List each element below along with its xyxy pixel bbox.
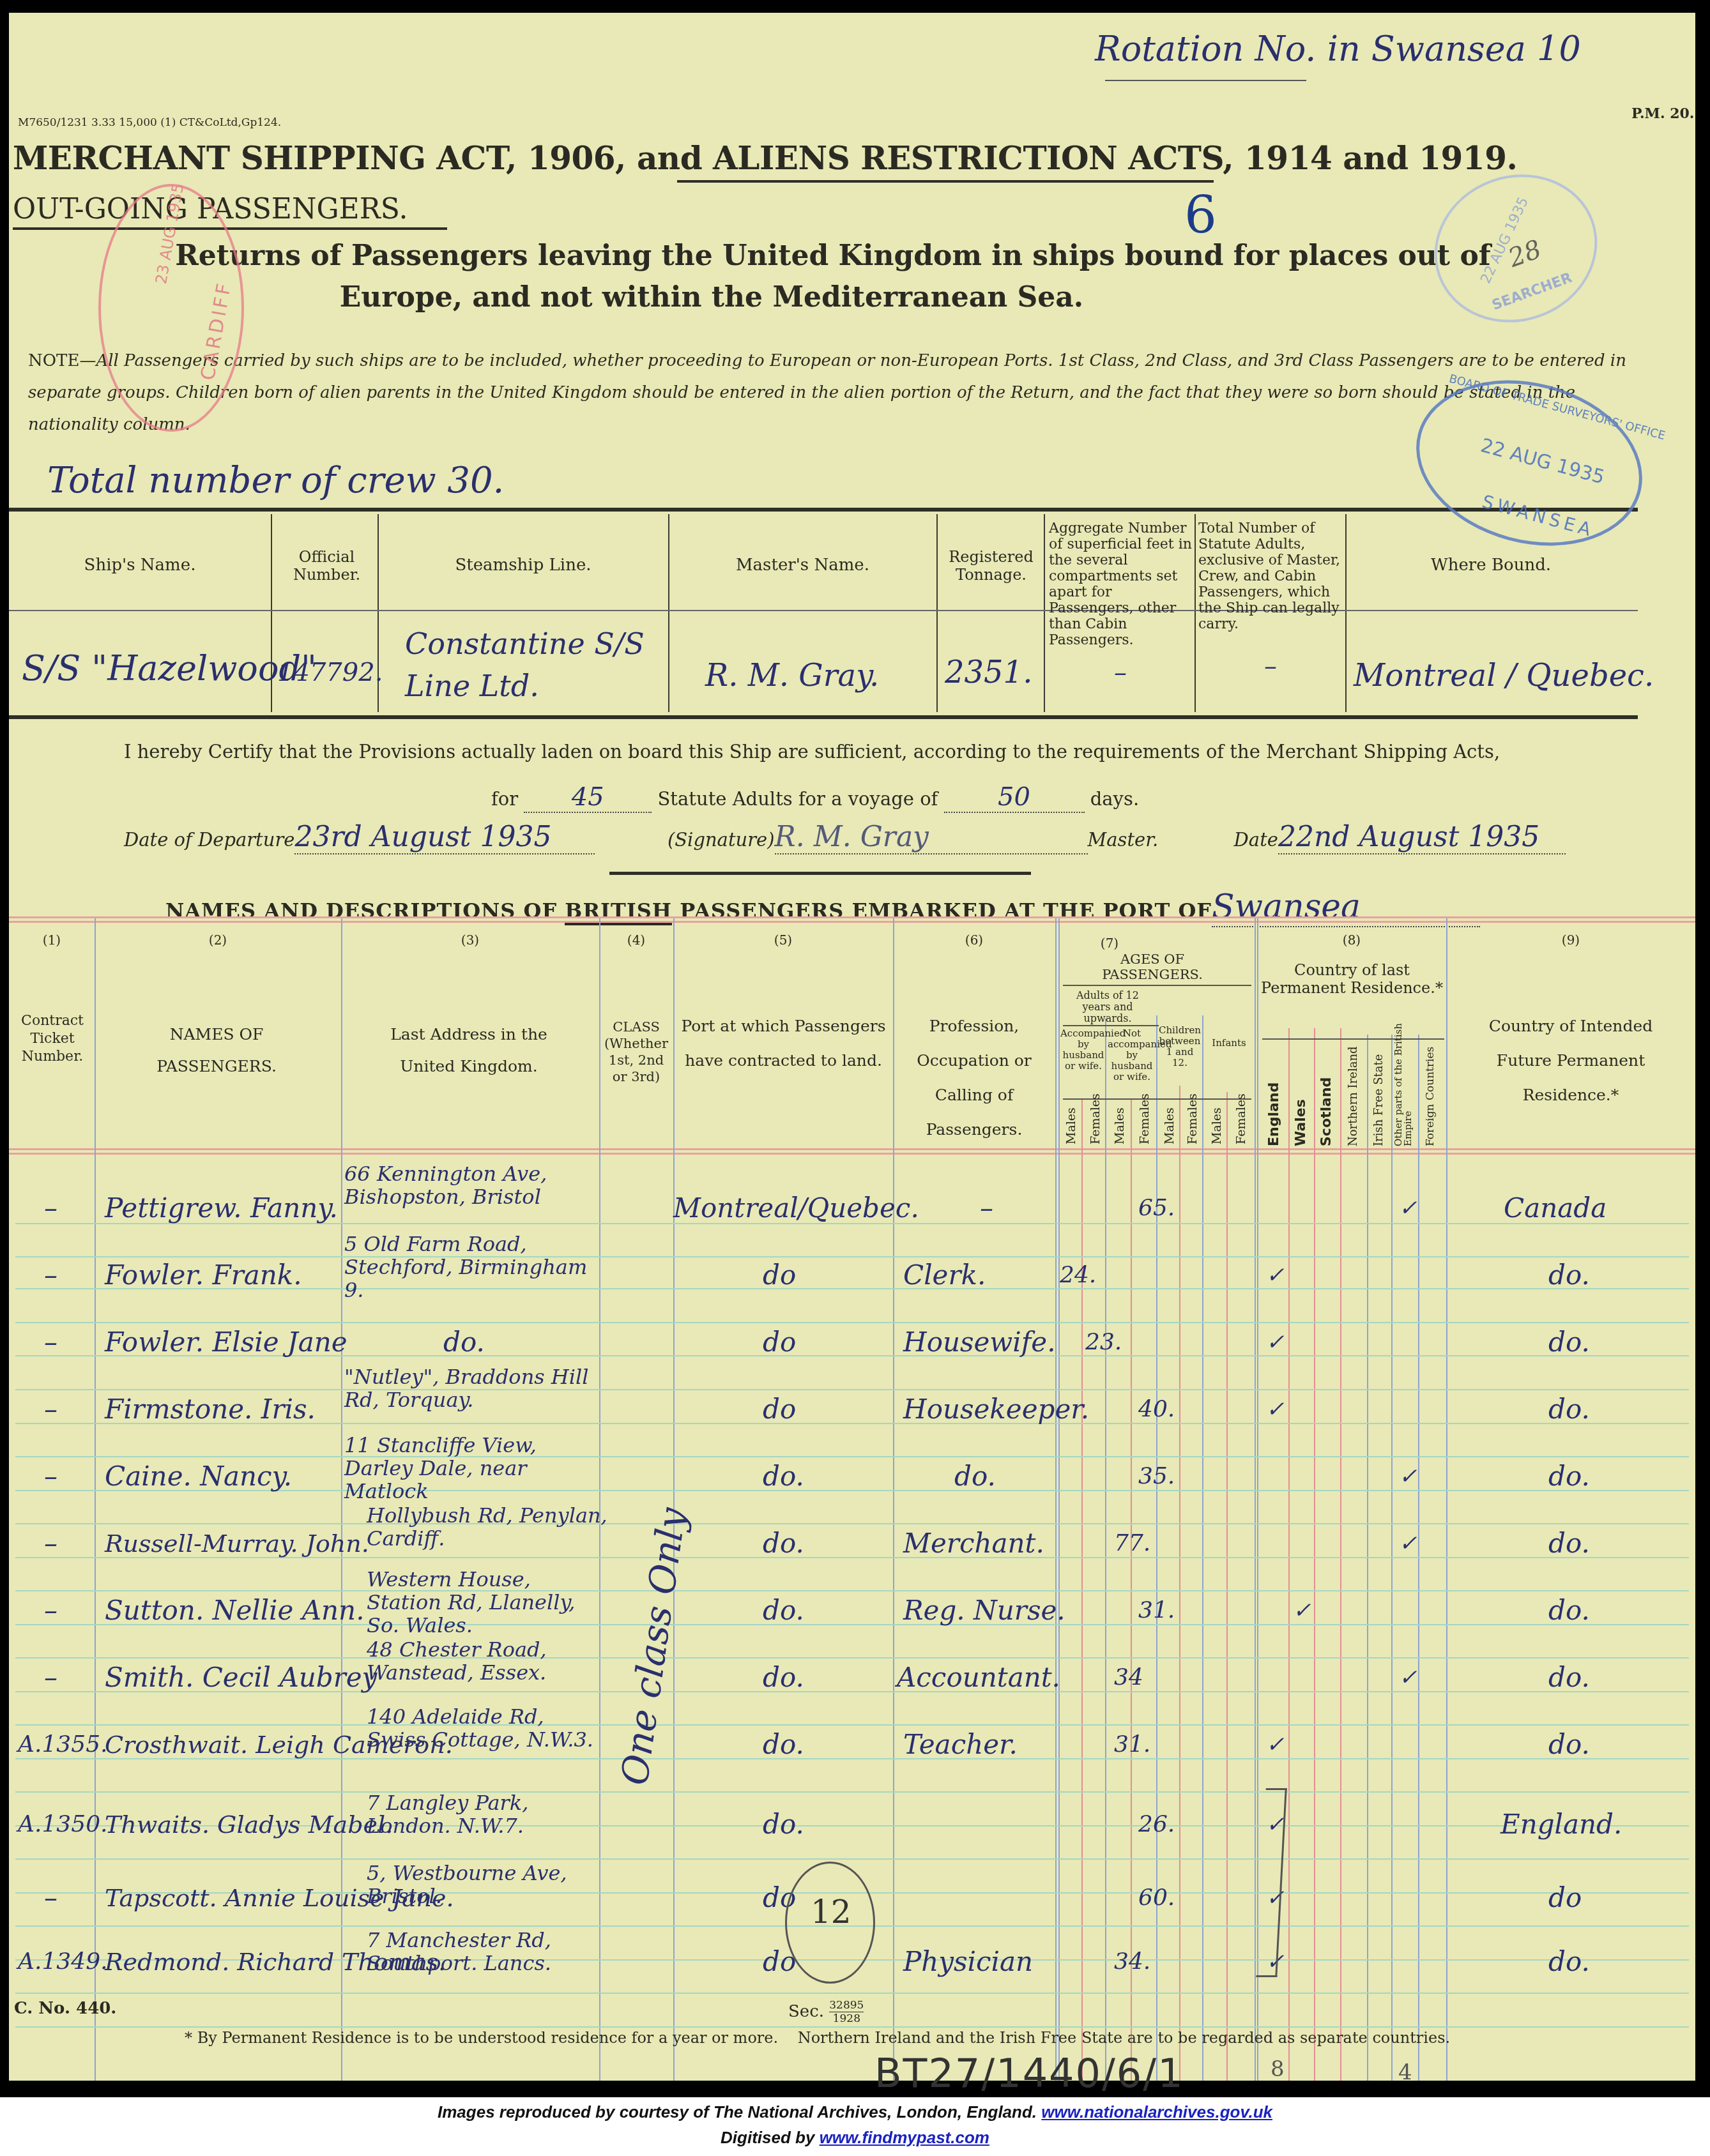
- future-residence: do.: [1548, 1530, 1590, 1558]
- header-ship-name: Ship's Name.: [9, 556, 271, 575]
- rule: [1288, 1028, 1290, 2081]
- value-steamship-line: Constantine S/S Line Ltd.: [405, 623, 648, 707]
- credit-text-1: Images reproduced by courtesy of The Nat…: [438, 2102, 1037, 2122]
- rule: [15, 1389, 1689, 1390]
- future-residence: do.: [1548, 1597, 1590, 1625]
- passenger-name: Fowler. Elsie Jane: [105, 1328, 347, 1356]
- certificate-date-value: 22nd August 1935: [1278, 821, 1566, 854]
- surname: Crosthwait.: [105, 1731, 248, 1759]
- rule: [9, 1153, 1695, 1155]
- col-number-8: (8): [1257, 932, 1446, 948]
- credit-text-2: Digitised by: [721, 2128, 814, 2147]
- surname: Fowler.: [105, 1326, 204, 1358]
- section-ref: Sec. 32895 1928: [788, 1999, 864, 2025]
- header-aggregate-feet: Aggregate Number of superficial feet in …: [1049, 520, 1193, 648]
- crew-note: Total number of crew 30.: [47, 460, 504, 501]
- passenger-name: Thwaits. Gladys Mabel.: [105, 1811, 393, 1839]
- departure-label: Date of Departure: [124, 829, 294, 851]
- passenger-name: Sutton. Nellie Ann.: [105, 1597, 365, 1625]
- rule: [1105, 1019, 1106, 2081]
- header-country-foreign: Foreign Countries: [1424, 1047, 1437, 1146]
- page-subtitle: OUT-GOING PASSENGERS.: [13, 193, 408, 225]
- circled-total: 12: [811, 1894, 851, 1931]
- rotation-annotation: Rotation No. in Swansea 10: [1095, 29, 1581, 69]
- blue-stamp-place: SWANSEA: [1480, 491, 1597, 542]
- header-country-irish-free-state: Irish Free State: [1372, 1054, 1386, 1146]
- age-female-not-accompanied: 31.: [1138, 1597, 1175, 1625]
- last-address: 7 Manchester Rd, Southport. Lancs.: [367, 1929, 609, 1975]
- rule: [9, 1148, 1695, 1150]
- given-names: Nancy.: [200, 1461, 292, 1492]
- rule: [1131, 1098, 1132, 2081]
- header-not-accompanied: Not accompanied by husband or wife.: [1108, 1028, 1156, 1082]
- section-title-pre: NAMES AND DESCRIPTIONS OF: [165, 899, 557, 923]
- header-country-last: Country of last Permanent Residence.*: [1261, 961, 1443, 997]
- check-other-empire-icon: ✓: [1399, 1194, 1417, 1222]
- header-accompanied: Accompanied by husband or wife.: [1060, 1028, 1106, 1072]
- col-number-9: (9): [1446, 932, 1695, 948]
- section-divider: [609, 872, 1031, 875]
- future-residence: do.: [1548, 1462, 1590, 1491]
- future-residence: Canada: [1504, 1194, 1607, 1222]
- days-label: days.: [1090, 788, 1139, 810]
- age-female-not-accompanied: 65.: [1138, 1194, 1175, 1222]
- age-female-not-accompanied: 35.: [1138, 1462, 1175, 1491]
- age-female-not-accompanied: 26.: [1138, 1811, 1175, 1839]
- page-title: MERCHANT SHIPPING ACT, 1906, and ALIENS …: [13, 139, 1517, 177]
- tally-other: 4: [1398, 2060, 1412, 2085]
- col-number-1: (1): [9, 932, 95, 948]
- rule: [1262, 1038, 1444, 1040]
- statute-adults-value: 45: [524, 782, 652, 813]
- future-residence: do.: [1548, 1395, 1590, 1423]
- subtitle-underline: [13, 227, 447, 230]
- rule: [1255, 918, 1256, 2081]
- ship-header-rule: [9, 610, 1638, 611]
- port-to-land: do: [763, 1395, 796, 1423]
- ticket-number: –: [44, 1462, 57, 1491]
- col-number-5: (5): [673, 932, 893, 948]
- certificate-text: I hereby Certify that the Provisions act…: [124, 741, 1500, 763]
- port-to-land: do.: [763, 1664, 804, 1692]
- future-residence: do.: [1548, 1664, 1590, 1692]
- findmypast-link[interactable]: www.findmypast.com: [820, 2128, 989, 2147]
- passenger-name: Pettigrew. Fanny.: [105, 1194, 338, 1222]
- profession: Clerk.: [903, 1261, 986, 1289]
- rule: [15, 2026, 1689, 2028]
- surname: Thwaits.: [105, 1811, 210, 1839]
- voyage-days-value: 50: [944, 782, 1085, 813]
- age-male-accompanied: 24.: [1060, 1261, 1096, 1289]
- header-port: Port at which Passengers have contracted…: [676, 1009, 890, 1078]
- last-address: 140 Adelaide Rd, Swiss Cottage, N.W.3.: [367, 1705, 609, 1751]
- profession: Teacher.: [903, 1731, 1018, 1759]
- profession: Reg. Nurse.: [903, 1597, 1065, 1625]
- future-residence: do.: [1548, 1731, 1590, 1759]
- surname: Firmstone.: [105, 1393, 252, 1425]
- given-names: John.: [306, 1530, 369, 1558]
- rule: [95, 918, 96, 2081]
- header-profession: Profession, Occupation or Calling of Pas…: [894, 1009, 1054, 1147]
- col-number-3: (3): [341, 932, 599, 948]
- header-ticket: Contract Ticket Number.: [13, 1012, 92, 1066]
- age-female-not-accompanied: 60.: [1138, 1884, 1175, 1912]
- check-other-empire-icon: ✓: [1399, 1462, 1417, 1491]
- header-country-wales: Wales: [1293, 1099, 1309, 1146]
- header-children: Children between 1 and 12.: [1157, 1025, 1202, 1068]
- header-statute-adults: Total Number of Statute Adults, exclusiv…: [1198, 520, 1342, 632]
- ship-col-divider: [1195, 514, 1196, 712]
- last-address: 66 Kennington Ave, Bishopston, Bristol: [344, 1162, 600, 1208]
- rule: [15, 1256, 1689, 1257]
- last-address: Western House, Station Rd, Llanelly, So.…: [367, 1568, 609, 1637]
- ticket-number: –: [44, 1664, 57, 1692]
- header-master-name: Master's Name.: [670, 556, 935, 575]
- sec-numerator: 32895: [829, 1999, 864, 2012]
- rule: [15, 1791, 1689, 1793]
- col-number-7: (7): [1058, 936, 1161, 951]
- rule: [1314, 1028, 1315, 2081]
- profession: Merchant.: [903, 1530, 1044, 1558]
- ship-col-divider: [668, 514, 669, 712]
- passenger-name: Fowler. Frank.: [105, 1261, 302, 1289]
- profession: do.: [954, 1462, 996, 1491]
- rule: [15, 1724, 1689, 1726]
- rule: [9, 916, 1695, 918]
- surname: Fowler.: [105, 1259, 204, 1291]
- ticket-number: –: [44, 1328, 57, 1356]
- last-address: Hollybush Rd, Penylan, Cardiff.: [367, 1504, 609, 1550]
- title-underline: [677, 180, 1214, 183]
- ship-table-bottom-rule: [9, 715, 1638, 719]
- header-males: Males: [1210, 1107, 1224, 1144]
- ticket-number: –: [44, 1597, 57, 1625]
- header-names: NAMES OF PASSENGERS.: [137, 1019, 296, 1082]
- last-address: 48 Chester Road, Wanstead, Essex.: [367, 1638, 609, 1684]
- rule: [15, 1858, 1689, 1860]
- header-address: Last Address in the United Kingdom.: [367, 1019, 571, 1082]
- surname: Caine.: [105, 1461, 192, 1492]
- rule: [1081, 1098, 1083, 2081]
- blue-pencil-number: 6: [1184, 185, 1217, 245]
- ticket-number: –: [44, 1261, 57, 1289]
- departure-signature-line: Date of Departure23rd August 1935 (Signa…: [124, 821, 1566, 854]
- rule: [1063, 985, 1251, 986]
- col-number-4: (4): [599, 932, 673, 948]
- c-number: C. No. 440.: [14, 1999, 116, 2018]
- given-names: Nellie Ann.: [213, 1595, 365, 1626]
- port-to-land: Montreal/Quebec.: [673, 1194, 919, 1222]
- rule: [15, 1657, 1689, 1659]
- check-wales-icon: ✓: [1293, 1597, 1311, 1625]
- ship-col-divider: [1345, 514, 1347, 712]
- col-number-2: (2): [95, 932, 341, 948]
- sec-denominator: 1928: [829, 2012, 864, 2025]
- passenger-name: Firmstone. Iris.: [105, 1395, 316, 1423]
- passenger-name: Caine. Nancy.: [105, 1462, 292, 1491]
- port-to-land: do.: [763, 1811, 804, 1839]
- age-female-not-accompanied: 40.: [1138, 1395, 1175, 1423]
- annotation-underline: [1105, 80, 1306, 81]
- credit-line-2: Digitised by www.findmypast.com: [0, 2128, 1710, 2148]
- class-note: One class Only: [613, 1505, 694, 1788]
- heading-line-2: Europe, and not within the Mediterranean…: [9, 281, 1414, 314]
- rule: [1446, 918, 1447, 2081]
- profession: Housekeeper.: [903, 1395, 1089, 1423]
- header-registered-tonnage: Registered Tonnage.: [942, 548, 1041, 584]
- given-names: Frank.: [213, 1259, 302, 1291]
- ticket-number: –: [44, 1194, 57, 1222]
- ticket-number: –: [44, 1395, 57, 1423]
- future-residence: do.: [1548, 1328, 1590, 1356]
- check-other-empire-icon: ✓: [1399, 1664, 1417, 1692]
- national-archives-link[interactable]: www.nationalarchives.gov.uk: [1041, 2102, 1272, 2122]
- rule: [15, 1590, 1689, 1591]
- header-males: Males: [1163, 1107, 1177, 1144]
- for-label: for: [491, 788, 518, 810]
- value-statute-adults: –: [1197, 651, 1344, 681]
- given-names: Elsie Jane: [213, 1326, 347, 1358]
- tally-england: 8: [1271, 2056, 1285, 2082]
- note-paragraph: NOTE—All Passengers carried by such ship…: [28, 345, 1638, 441]
- rule: [1226, 1092, 1228, 2081]
- ticket-number: A.1355.: [18, 1731, 108, 1759]
- ship-col-divider: [936, 514, 938, 712]
- profession: Housewife.: [903, 1328, 1056, 1356]
- last-address: 5 Old Farm Road, Stechford, Birmingham 9…: [344, 1233, 600, 1302]
- header-females: Females: [1234, 1093, 1248, 1144]
- departure-value: 23rd August 1935: [294, 821, 595, 854]
- header-country-scotland: Scotland: [1318, 1077, 1334, 1146]
- col-number-6: (6): [893, 932, 1055, 948]
- surname: Redmond.: [105, 1948, 229, 1976]
- note-label: NOTE—: [28, 351, 96, 370]
- value-master-name: R. M. Gray.: [705, 658, 879, 694]
- check-england-icon: ✓: [1266, 1328, 1285, 1356]
- surname: Smith.: [105, 1662, 194, 1693]
- rule: [1055, 918, 1057, 2081]
- value-official-number: 147792.: [277, 658, 383, 687]
- footnote: * By Permanent Residence is to be unders…: [185, 2029, 1450, 2047]
- surname: Tapscott.: [105, 1884, 217, 1912]
- rule: [1202, 1015, 1203, 2081]
- sec-fraction: 32895 1928: [829, 1999, 864, 2025]
- value-ship-name: S/S "Hazelwood": [22, 648, 317, 688]
- rule: [1257, 918, 1258, 2081]
- header-females: Females: [1088, 1093, 1103, 1144]
- rule: [1340, 1028, 1341, 2081]
- last-address: 7 Langley Park, London. N.W.7.: [367, 1791, 609, 1837]
- header-infants: Infants: [1203, 1038, 1255, 1049]
- check-other-empire-icon: ✓: [1399, 1530, 1417, 1558]
- header-adults: Adults of 12 years and upwards.: [1063, 990, 1152, 1024]
- rule: [673, 918, 675, 2081]
- profession: –: [980, 1194, 993, 1222]
- port-to-land: do: [763, 1261, 796, 1289]
- future-residence: do.: [1548, 1261, 1590, 1289]
- future-residence: do: [1548, 1884, 1582, 1912]
- ticket-number: –: [44, 1530, 57, 1558]
- rule: [15, 1523, 1689, 1524]
- certificate-quantities: for 45 Statute Adults for a voyage of 50…: [491, 782, 1139, 813]
- searcher-stamp-role: SEARCHER: [1490, 270, 1574, 314]
- header-country-northern-ireland: Northern Ireland: [1347, 1046, 1360, 1146]
- port-to-land: do.: [763, 1462, 804, 1491]
- port-to-land: do.: [763, 1597, 804, 1625]
- ticket-number: –: [44, 1884, 57, 1912]
- ship-table-top-rule: [9, 508, 1638, 512]
- rule: [15, 1993, 1689, 1994]
- header-country-england: England: [1266, 1082, 1282, 1146]
- header-females: Females: [1186, 1093, 1200, 1144]
- surname: Sutton.: [105, 1595, 204, 1626]
- age-female-accompanied: 23.: [1085, 1328, 1122, 1356]
- rule: [1058, 918, 1060, 2081]
- last-address: 5, Westbourne Ave, Bristol.: [367, 1862, 609, 1908]
- surname: Russell-Murray.: [105, 1530, 298, 1558]
- last-address: do.: [443, 1328, 485, 1356]
- statute-adults-label: Statute Adults for a voyage of: [658, 788, 938, 810]
- check-england-icon: ✓: [1266, 1731, 1285, 1759]
- header-steamship-line: Steamship Line.: [379, 556, 667, 575]
- credit-line-1: Images reproduced by courtesy of The Nat…: [0, 2102, 1710, 2122]
- date-label: Date: [1234, 829, 1278, 851]
- rule: [15, 1322, 1689, 1323]
- blue-stamp-date: 22 AUG 1935: [1478, 434, 1607, 489]
- header-males: Males: [1064, 1107, 1078, 1144]
- header-where-bound: Where Bound.: [1347, 556, 1635, 575]
- header-males: Males: [1113, 1107, 1127, 1144]
- profession: Accountant.: [897, 1664, 1060, 1692]
- last-address: 11 Stancliffe View, Darley Dale, near Ma…: [344, 1434, 600, 1503]
- document-page: Rotation No. in Swansea 10 M7650/1231 3.…: [9, 13, 1695, 2081]
- value-registered-tonnage: 2351.: [945, 655, 1032, 690]
- ticket-number: A.1349.: [18, 1948, 108, 1976]
- header-country-british-empire: Other parts of the British Empire: [1394, 1019, 1413, 1146]
- form-code: M7650/1231 3.33 15,000 (1) CT&CoLtd,Gp12…: [18, 116, 281, 129]
- rule: [15, 1456, 1689, 1457]
- given-names: Fanny.: [250, 1192, 338, 1224]
- future-residence: England.: [1500, 1811, 1622, 1839]
- profession: Physician: [903, 1948, 1033, 1976]
- header-females: Females: [1138, 1093, 1152, 1144]
- header-class: CLASS (Whether 1st, 2nd or 3rd): [600, 1019, 672, 1085]
- age-male-not-accompanied: 34: [1114, 1664, 1143, 1692]
- given-names: Iris.: [261, 1393, 316, 1425]
- port-to-land: do.: [763, 1530, 804, 1558]
- section-title-post: PASSENGERS EMBARKED AT THE PORT OF: [680, 899, 1212, 923]
- header-country-future: Country of Intended Future Permanent Res…: [1459, 1009, 1683, 1112]
- heading-line-1: Returns of Passengers leaving the United…: [9, 239, 1657, 272]
- ticket-number: A.1350.: [18, 1811, 108, 1839]
- port-to-land: do.: [763, 1731, 804, 1759]
- age-male-not-accompanied: 77.: [1114, 1530, 1150, 1558]
- form-number: P.M. 20.: [1631, 105, 1695, 122]
- age-male-not-accompanied: 34.: [1114, 1948, 1150, 1976]
- given-names: Cecil Aubrey: [202, 1662, 378, 1693]
- rule: [9, 921, 1695, 923]
- header-ages: AGES OF PASSENGERS.: [1082, 952, 1223, 982]
- rule: [1156, 1015, 1157, 2081]
- note-text: All Passengers carried by such ships are…: [28, 351, 1626, 434]
- value-aggregate-feet: –: [1047, 658, 1194, 687]
- check-england-icon: ✓: [1266, 1261, 1285, 1289]
- signature-label: (Signature): [668, 829, 775, 851]
- signature-value: R. M. Gray: [775, 821, 1088, 854]
- last-address: "Nutley", Braddons Hill Rd, Torquay.: [344, 1365, 600, 1411]
- surname: Pettigrew.: [105, 1192, 242, 1224]
- age-male-not-accompanied: 31.: [1114, 1731, 1150, 1759]
- passenger-name: Smith. Cecil Aubrey: [105, 1664, 377, 1692]
- header-official-number: Official Number.: [284, 548, 370, 584]
- value-where-bound: Montreal / Quebec.: [1354, 658, 1654, 694]
- rule: [1179, 1086, 1180, 2081]
- master-label: Master.: [1088, 829, 1159, 851]
- sec-label: Sec.: [788, 2002, 824, 2021]
- future-residence: do.: [1548, 1948, 1590, 1976]
- port-to-land: do: [763, 1328, 796, 1356]
- passenger-name: Russell-Murray. John.: [105, 1530, 369, 1558]
- check-england-icon: ✓: [1266, 1395, 1285, 1423]
- archive-reference: BT27/1440/6/1: [874, 2050, 1184, 2097]
- ship-col-divider: [1044, 514, 1045, 712]
- rule: [1063, 1025, 1159, 1026]
